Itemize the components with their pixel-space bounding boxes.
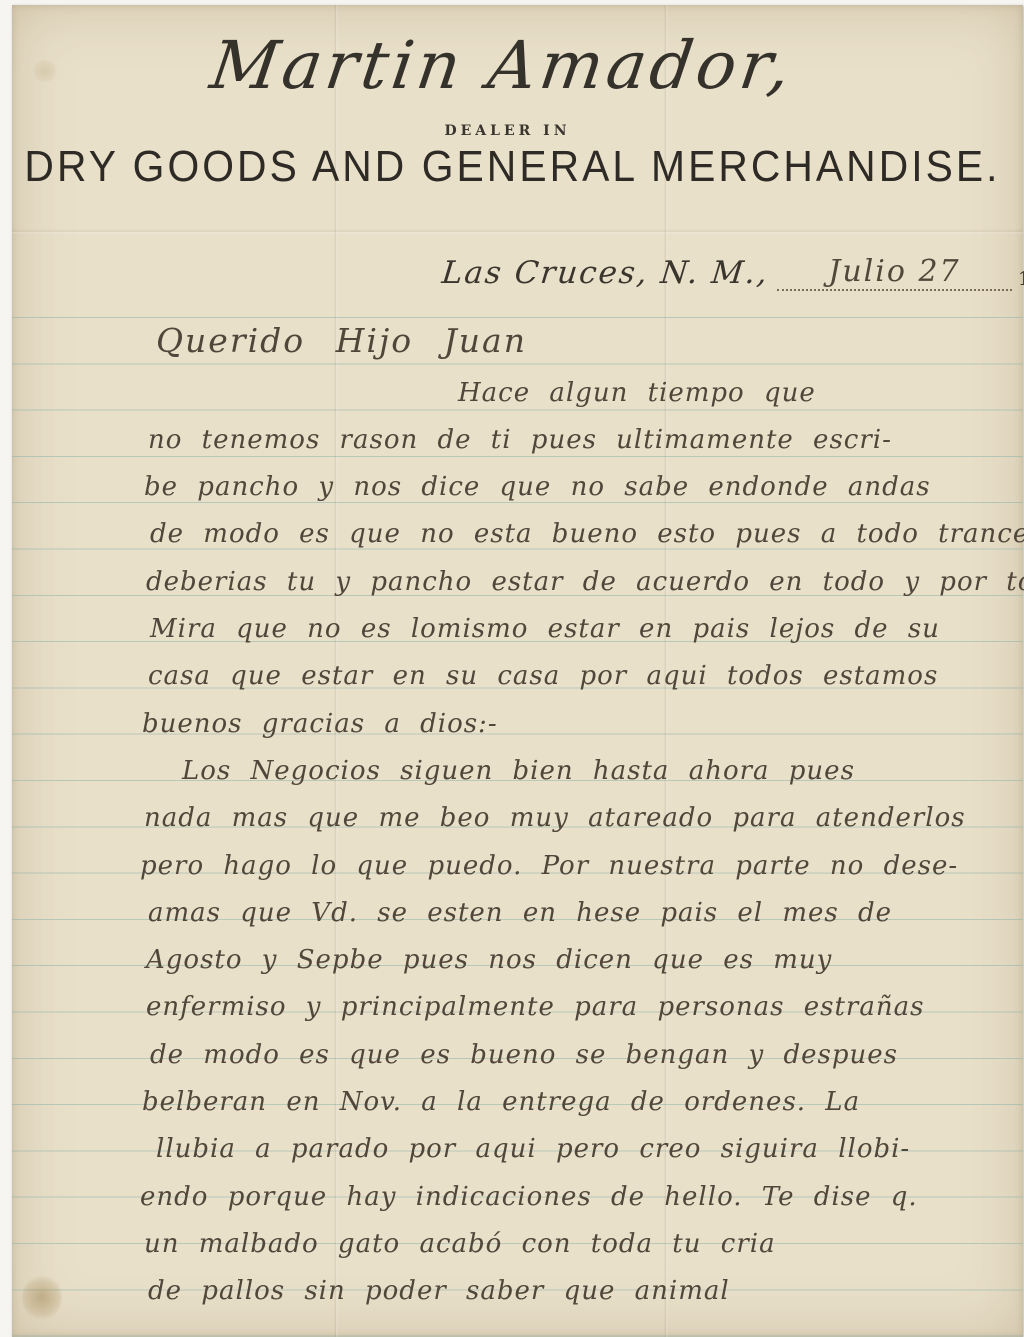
letter-line: belberan en Nov. a la entrega de ordenes… (140, 1071, 1024, 1118)
letter-line: buenos gracias a dios:- (140, 692, 1024, 739)
letter-line: nada mas que me beo muy atareado para at… (140, 787, 1024, 834)
paper-stain (22, 1275, 62, 1320)
letter-line: deberias tu y pancho estar de acuerdo en… (140, 550, 1024, 597)
letterhead-name: Martin Amador, (7, 27, 999, 104)
letter-body: Querido Hijo JuanHace algun tiempo queno… (140, 314, 1024, 1307)
letter-line: casa que estar en su casa por aqui todos… (140, 645, 1024, 692)
letter-line: un malbado gato acabó con toda tu cria (140, 1213, 1024, 1260)
letter-line: de modo es que no esta bueno esto pues a… (140, 503, 1024, 550)
fold-crease-horizontal (12, 229, 1023, 234)
letterhead-business-line: DRY GOODS AND GENERAL MERCHANDISE. (2, 143, 1023, 192)
letter-line: enfermiso y principalmente para personas… (140, 976, 1024, 1023)
letter-paper: Martin Amador, DEALER IN DRY GOODS AND G… (12, 5, 1023, 1337)
letter-line: Hace algun tiempo que (140, 361, 1024, 408)
dateline: Las Cruces, N. M., Julio 27 1890. (442, 241, 1003, 291)
letter-line: llubia a parado por aqui pero creo sigui… (140, 1118, 1024, 1165)
dateline-date-handwritten: Julio 27 (828, 254, 960, 289)
letter-line: endo porque hay indicaciones de hello. T… (140, 1165, 1024, 1212)
letter-line: Agosto y Sepbe pues nos dicen que es muy (140, 929, 1024, 976)
dateline-year: 1890. (1018, 263, 1024, 291)
dateline-place: Las Cruces, N. M., (440, 255, 771, 291)
letter-line: de pallos sin poder saber que animal (140, 1260, 1024, 1307)
letter-line: no tenemos rason de ti pues ultimamente … (140, 409, 1024, 456)
dateline-date-slot: Julio 27 (777, 254, 1012, 291)
letterhead-dealer-in: DEALER IN (12, 123, 1003, 139)
letter-line: Los Negocios siguen bien hasta ahora pue… (140, 740, 1024, 787)
letter-line: amas que Vd. se esten en hese pais el me… (140, 882, 1024, 929)
letter-line: be pancho y nos dice que no sabe endonde… (140, 456, 1024, 503)
letter-line: Mira que no es lomismo estar en pais lej… (140, 598, 1024, 645)
letter-line: pero hago lo que puedo. Por nuestra part… (140, 834, 1024, 881)
dateline-year-printed: 189 (1018, 268, 1024, 290)
letter-line: de modo es que es bueno se bengan y desp… (140, 1023, 1024, 1070)
letter-salutation: Querido Hijo Juan (140, 314, 1024, 361)
